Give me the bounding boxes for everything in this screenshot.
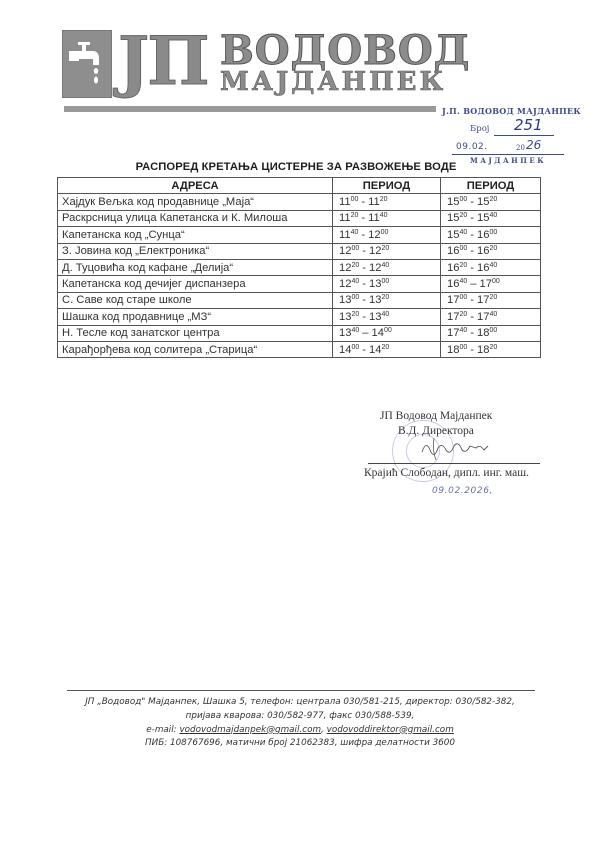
footer-divider	[67, 690, 535, 691]
footer-fault-fax: пријава кварова: 030/582-977, факс 030/5…	[60, 710, 540, 724]
time-separator: -	[470, 294, 474, 306]
from-minute: 00	[351, 294, 359, 301]
from-hour: 17	[447, 311, 459, 323]
to-hour: 11	[368, 212, 380, 224]
to-hour: 18	[477, 344, 489, 356]
address-cell: Хајдук Вељка код продавнице „Маја“	[58, 194, 333, 210]
time-separator: –	[362, 327, 368, 339]
from-minute: 40	[459, 327, 467, 334]
to-hour: 12	[369, 245, 381, 257]
period-1-cell: 1200-1220	[333, 243, 441, 259]
period-2-cell: 1720-1740	[441, 309, 541, 325]
from-minute: 00	[459, 294, 467, 301]
to-hour: 12	[369, 262, 381, 274]
time-separator: -	[470, 311, 474, 323]
from-hour: 16	[447, 262, 459, 274]
table-row: С. Саве код старе школе1300-13201700-172…	[58, 292, 541, 308]
from-hour: 15	[447, 196, 459, 208]
to-hour: 13	[369, 311, 381, 323]
from-hour: 17	[447, 294, 459, 306]
from-minute: 00	[459, 344, 467, 351]
to-hour: 12	[368, 229, 380, 241]
from-hour: 13	[339, 327, 351, 339]
period-1-cell: 1240-1300	[333, 276, 441, 292]
time-separator: -	[362, 311, 366, 323]
to-minute: 20	[381, 245, 389, 252]
to-hour: 14	[371, 327, 383, 339]
from-hour: 13	[339, 311, 351, 323]
to-hour: 14	[369, 344, 381, 356]
logo-subtitle: МАЈДАНПЕК	[220, 68, 446, 96]
table-row: Капетанска код дечијег диспанзера1240-13…	[58, 276, 541, 292]
time-separator: -	[361, 212, 365, 224]
address-cell: Н. Тесле код занатског центра	[58, 325, 333, 341]
to-minute: 00	[489, 229, 497, 236]
from-hour: 17	[447, 327, 459, 339]
from-minute: 40	[351, 229, 359, 236]
to-hour: 13	[369, 278, 381, 290]
time-separator: -	[470, 229, 474, 241]
to-hour: 15	[477, 196, 489, 208]
address-cell: Д. Туцовића код кафане „Делија“	[58, 259, 333, 275]
to-minute: 00	[489, 327, 497, 334]
address-cell: С. Саве код старе школе	[58, 292, 333, 308]
to-minute: 00	[381, 278, 389, 285]
email-link-main[interactable]: vodovodmajdanpek@gmail.com	[179, 725, 321, 735]
to-minute: 20	[489, 344, 497, 351]
to-minute: 20	[380, 196, 388, 203]
to-minute: 20	[381, 294, 389, 301]
to-hour: 16	[477, 262, 489, 274]
from-hour: 12	[339, 262, 351, 274]
period-2-cell: 1700-1720	[441, 292, 541, 308]
column-header-period-2: ПЕРИОД	[441, 178, 541, 194]
from-minute: 20	[351, 311, 359, 318]
period-1-cell: 1320-1340	[333, 309, 441, 325]
handwritten-date: 09.02.2026,	[432, 486, 493, 496]
handwritten-signature	[420, 436, 490, 462]
period-2-cell: 1620-1640	[441, 259, 541, 275]
to-minute: 40	[381, 311, 389, 318]
from-minute: 00	[459, 196, 467, 203]
period-1-cell: 1400-1420	[333, 341, 441, 357]
table-row: Карађорђева код солитера „Старица“1400-1…	[58, 341, 541, 357]
registry-stamp: Ј.П. ВОДОВОД МАЈДАНПЕК Број 251 09.02. 2…	[430, 104, 590, 164]
from-hour: 11	[339, 229, 351, 241]
from-hour: 13	[339, 294, 351, 306]
time-separator: -	[470, 327, 474, 339]
period-1-cell: 1100-1120	[333, 194, 441, 210]
signatory-organization: ЈП Водовод Мајданпек	[380, 410, 492, 422]
address-cell: Капетанска код „Сунца“	[58, 227, 333, 243]
stamp-year-value: 26	[526, 138, 541, 152]
time-separator: -	[362, 245, 366, 257]
from-minute: 00	[351, 245, 359, 252]
period-1-cell: 1140-1200	[333, 227, 441, 243]
period-2-cell: 1500-1520	[441, 194, 541, 210]
from-hour: 14	[339, 344, 351, 356]
time-separator: –	[470, 278, 476, 290]
stamp-organization: Ј.П. ВОДОВОД МАЈДАНПЕК	[442, 106, 581, 116]
table-row: З. Јовина код „Електроника“1200-12201600…	[58, 243, 541, 259]
to-hour: 17	[477, 294, 489, 306]
time-separator: -	[362, 294, 366, 306]
stamp-year-label: 20	[516, 144, 525, 152]
document-title: РАСПОРЕД КРЕТАЊА ЦИСТЕРНЕ ЗА РАЗВОЖЕЊЕ В…	[96, 161, 496, 173]
table-row: Капетанска код „Сунца“1140-12001540-1600	[58, 227, 541, 243]
email-link-director[interactable]: vodovoddirektor@gmail.com	[327, 725, 454, 735]
to-minute: 40	[381, 262, 389, 269]
from-minute: 00	[351, 196, 359, 203]
letterhead-divider	[64, 106, 436, 112]
logo-title: ВОДОВОД	[220, 30, 470, 72]
from-minute: 40	[459, 229, 467, 236]
stamp-date: 09.02.	[456, 142, 488, 152]
from-minute: 20	[459, 262, 467, 269]
period-2-cell: 1540-1600	[441, 227, 541, 243]
to-minute: 20	[489, 294, 497, 301]
table-row: Хајдук Вељка код продавнице „Маја“1100-1…	[58, 194, 541, 210]
from-hour: 18	[447, 344, 459, 356]
period-2-cell: 1520-1540	[441, 210, 541, 226]
from-minute: 00	[351, 344, 359, 351]
table-header-row: АДРЕСА ПЕРИОД ПЕРИОД	[58, 178, 541, 194]
to-hour: 16	[477, 229, 489, 241]
signatory-name: Крајић Слободан, дипл. инг. маш.	[364, 467, 529, 479]
address-cell: Шашка код продавнице „МЗ“	[58, 309, 333, 325]
period-2-cell: 1600-1620	[441, 243, 541, 259]
time-separator: -	[362, 262, 366, 274]
water-tap-icon	[62, 30, 112, 98]
from-hour: 15	[447, 212, 459, 224]
from-minute: 20	[351, 262, 359, 269]
period-2-cell: 1740-1800	[441, 325, 541, 341]
period-2-cell: 1640–1700	[441, 276, 541, 292]
period-1-cell: 1300-1320	[333, 292, 441, 308]
to-hour: 16	[477, 245, 489, 257]
to-minute: 00	[492, 278, 500, 285]
address-cell: Раскрсница улица Капетанска и К. Милоша	[58, 210, 333, 226]
stamp-line	[494, 135, 554, 136]
from-hour: 16	[447, 245, 459, 257]
from-minute: 20	[351, 212, 359, 219]
to-minute: 20	[489, 245, 497, 252]
time-separator: -	[470, 262, 474, 274]
to-hour: 11	[368, 196, 380, 208]
schedule-table: АДРЕСА ПЕРИОД ПЕРИОД Хајдук Вељка код пр…	[57, 177, 541, 358]
from-minute: 00	[459, 245, 467, 252]
to-minute: 40	[489, 212, 497, 219]
footer-tax-ids: ПИБ: 108767696, матични број 21062383, ш…	[60, 737, 540, 751]
from-minute: 40	[459, 278, 467, 285]
from-minute: 20	[459, 311, 467, 318]
footer-contact-info: ЈП „Водовод" Мајданпек, Шашка 5, телефон…	[60, 696, 540, 751]
time-separator: -	[470, 196, 474, 208]
footer-address-phones: ЈП „Водовод" Мајданпек, Шашка 5, телефон…	[60, 696, 540, 710]
time-separator: -	[361, 229, 365, 241]
from-minute: 20	[459, 212, 467, 219]
to-minute: 00	[381, 229, 389, 236]
letterhead-logo: ЈП ВОДОВОД МАЈДАНПЕК	[62, 30, 542, 98]
table-row: Раскрсница улица Капетанска и К. Милоша1…	[58, 210, 541, 226]
to-hour: 17	[479, 278, 491, 290]
time-separator: -	[470, 344, 474, 356]
time-separator: -	[362, 344, 366, 356]
email-label: e-mail:	[146, 725, 179, 735]
logo-prefix: ЈП	[118, 24, 208, 98]
to-minute: 20	[489, 196, 497, 203]
to-minute: 20	[381, 344, 389, 351]
period-1-cell: 1340–1400	[333, 325, 441, 341]
from-hour: 11	[339, 196, 351, 208]
stamp-number-label: Број	[470, 124, 489, 134]
period-2-cell: 1800-1820	[441, 341, 541, 357]
to-hour: 15	[477, 212, 489, 224]
period-1-cell: 1120-1140	[333, 210, 441, 226]
to-minute: 40	[380, 212, 388, 219]
time-separator: -	[470, 212, 474, 224]
time-separator: -	[361, 196, 365, 208]
column-header-address: АДРЕСА	[58, 178, 333, 194]
to-minute: 40	[489, 311, 497, 318]
address-cell: Капетанска код дечијег диспанзера	[58, 276, 333, 292]
stamp-number-value: 251	[514, 116, 543, 134]
table-row: Д. Туцовића код кафане „Делија“1220-1240…	[58, 259, 541, 275]
column-header-period-1: ПЕРИОД	[333, 178, 441, 194]
address-cell: Карађорђева код солитера „Старица“	[58, 341, 333, 357]
from-minute: 40	[351, 278, 359, 285]
from-hour: 12	[339, 278, 351, 290]
from-minute: 40	[351, 327, 359, 334]
signature-line	[368, 463, 540, 464]
table-row: Н. Тесле код занатског центра1340–140017…	[58, 325, 541, 341]
to-minute: 00	[384, 327, 392, 334]
from-hour: 11	[339, 212, 351, 224]
from-hour: 16	[447, 278, 459, 290]
from-hour: 15	[447, 229, 459, 241]
from-hour: 12	[339, 245, 351, 257]
address-cell: З. Јовина код „Електроника“	[58, 243, 333, 259]
to-minute: 40	[489, 262, 497, 269]
to-hour: 13	[369, 294, 381, 306]
stamp-line	[452, 154, 564, 155]
period-1-cell: 1220-1240	[333, 259, 441, 275]
table-row: Шашка код продавнице „МЗ“1320-13401720-1…	[58, 309, 541, 325]
to-hour: 18	[477, 327, 489, 339]
time-separator: -	[470, 245, 474, 257]
time-separator: -	[362, 278, 366, 290]
to-hour: 17	[477, 311, 489, 323]
footer-emails: e-mail: vodovodmajdanpek@gmail.com, vodo…	[60, 724, 540, 738]
